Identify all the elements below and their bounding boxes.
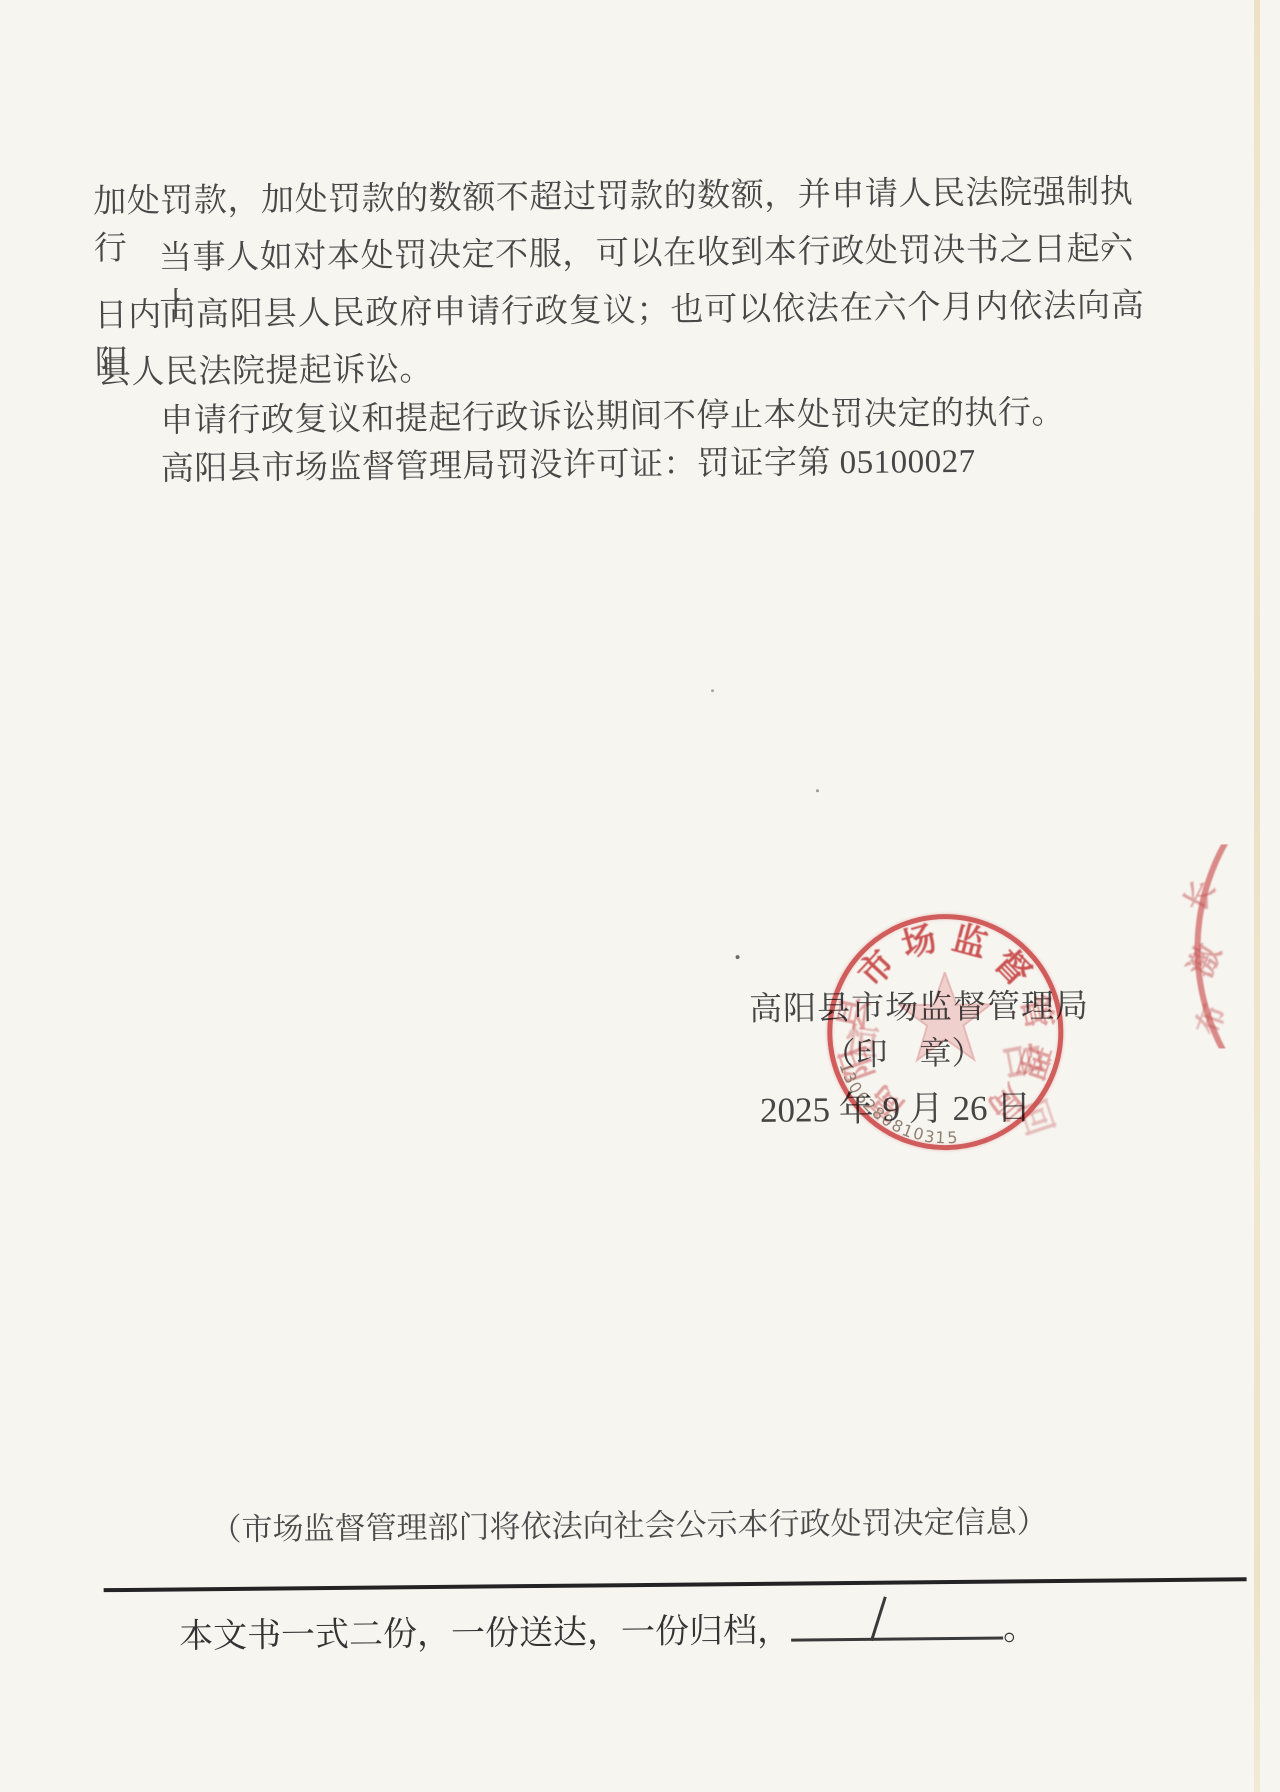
footer-blank-field (791, 1603, 1003, 1642)
dust-speck (736, 955, 740, 959)
footer-copies-text: 本文书一式二份，一份送达，一份归档， (179, 1613, 791, 1656)
footer-rule (104, 1577, 1247, 1592)
seal-star-icon (897, 972, 994, 1065)
official-seal-stamp: 高阳县市场监督管理局 1306280810315 恒吕回 (826, 913, 1064, 1151)
paragraph-line: 高阳县市场监督管理局罚没许可证：罚证字第 05100027 (161, 435, 976, 490)
dust-speck (711, 689, 714, 692)
paragraph-line: 申请行政复议和提起行政诉讼期间不停止本处罚决定的执行。 (160, 386, 1065, 442)
offset-stamp-partial: 长激布 (1178, 844, 1280, 1049)
footer-period: 。 (1003, 1610, 1037, 1647)
dust-speck (816, 789, 819, 792)
document-sheet: 加处罚款，加处罚款的数额不超过罚款的数额，并申请人民法院强制执行。 当事人如对本… (0, 0, 1280, 1792)
footer-slash-mark (870, 1596, 887, 1641)
paragraph-line: 县人民法院提起诉讼。 (98, 343, 433, 393)
footer-copies-note: 本文书一式二份，一份送达，一份归档，。 (179, 1600, 1037, 1657)
publicity-note: （市场监督管理部门将依法向社会公示本行政处罚决定信息） (209, 1496, 1049, 1549)
